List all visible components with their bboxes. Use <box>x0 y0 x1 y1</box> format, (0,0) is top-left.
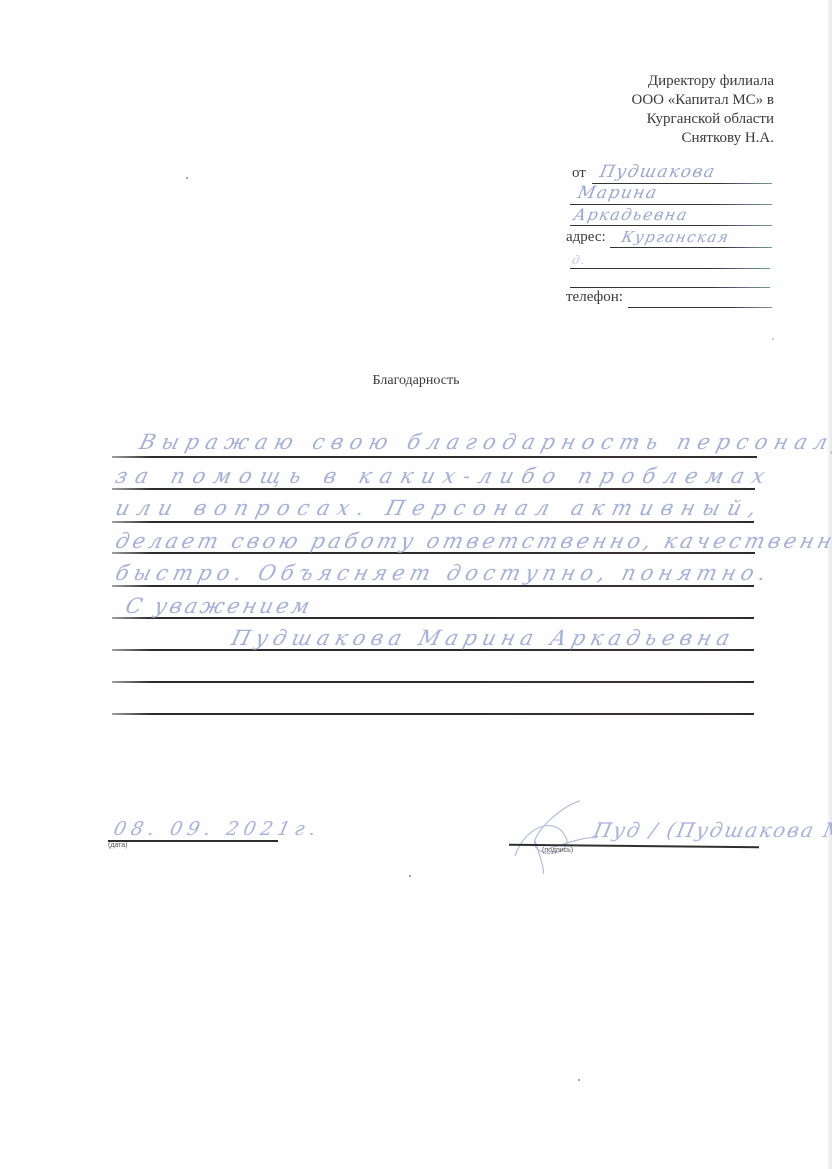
handwritten-line: быстро. Объясняет доступно, понятно. <box>113 561 774 585</box>
ruled-line <box>112 713 754 715</box>
ruled-line <box>112 456 757 458</box>
handwritten-line: Пудшакова Марина Аркадьевна <box>229 626 738 650</box>
handwritten-line: или вопросах. Персонал активный, <box>113 496 766 520</box>
signature-caption: (подпись) <box>542 847 573 854</box>
handwritten-line: С уважением <box>123 594 315 618</box>
ruled-line <box>112 585 754 587</box>
scan-speck <box>409 875 411 877</box>
ruled-line <box>112 521 754 523</box>
date-value-handwritten: 08. 09. 2021г. <box>112 818 323 840</box>
signature-scribble-icon <box>505 796 605 876</box>
scanned-document-page: Директору филиала ООО «Капитал МС» в Кур… <box>0 0 832 1169</box>
date-caption: (дата) <box>108 842 128 849</box>
signature-value-handwritten: Пуд / (Пудшакова М.А.) <box>591 818 832 842</box>
scan-speck <box>634 440 636 442</box>
handwritten-line: Выражаю свою благодарность персоналу <box>137 430 832 454</box>
handwritten-line: за помощь в каких-либо проблемах <box>113 464 775 488</box>
scan-speck <box>772 338 774 340</box>
handwritten-line: делает свою работу ответственно, качеств… <box>113 529 832 553</box>
date-underline <box>108 840 278 842</box>
letter-body: Выражаю свою благодарность персоналу за … <box>0 0 832 1169</box>
ruled-line <box>112 681 754 683</box>
scan-speck <box>578 1079 580 1081</box>
ruled-line <box>112 488 755 490</box>
scan-speck <box>186 177 188 179</box>
